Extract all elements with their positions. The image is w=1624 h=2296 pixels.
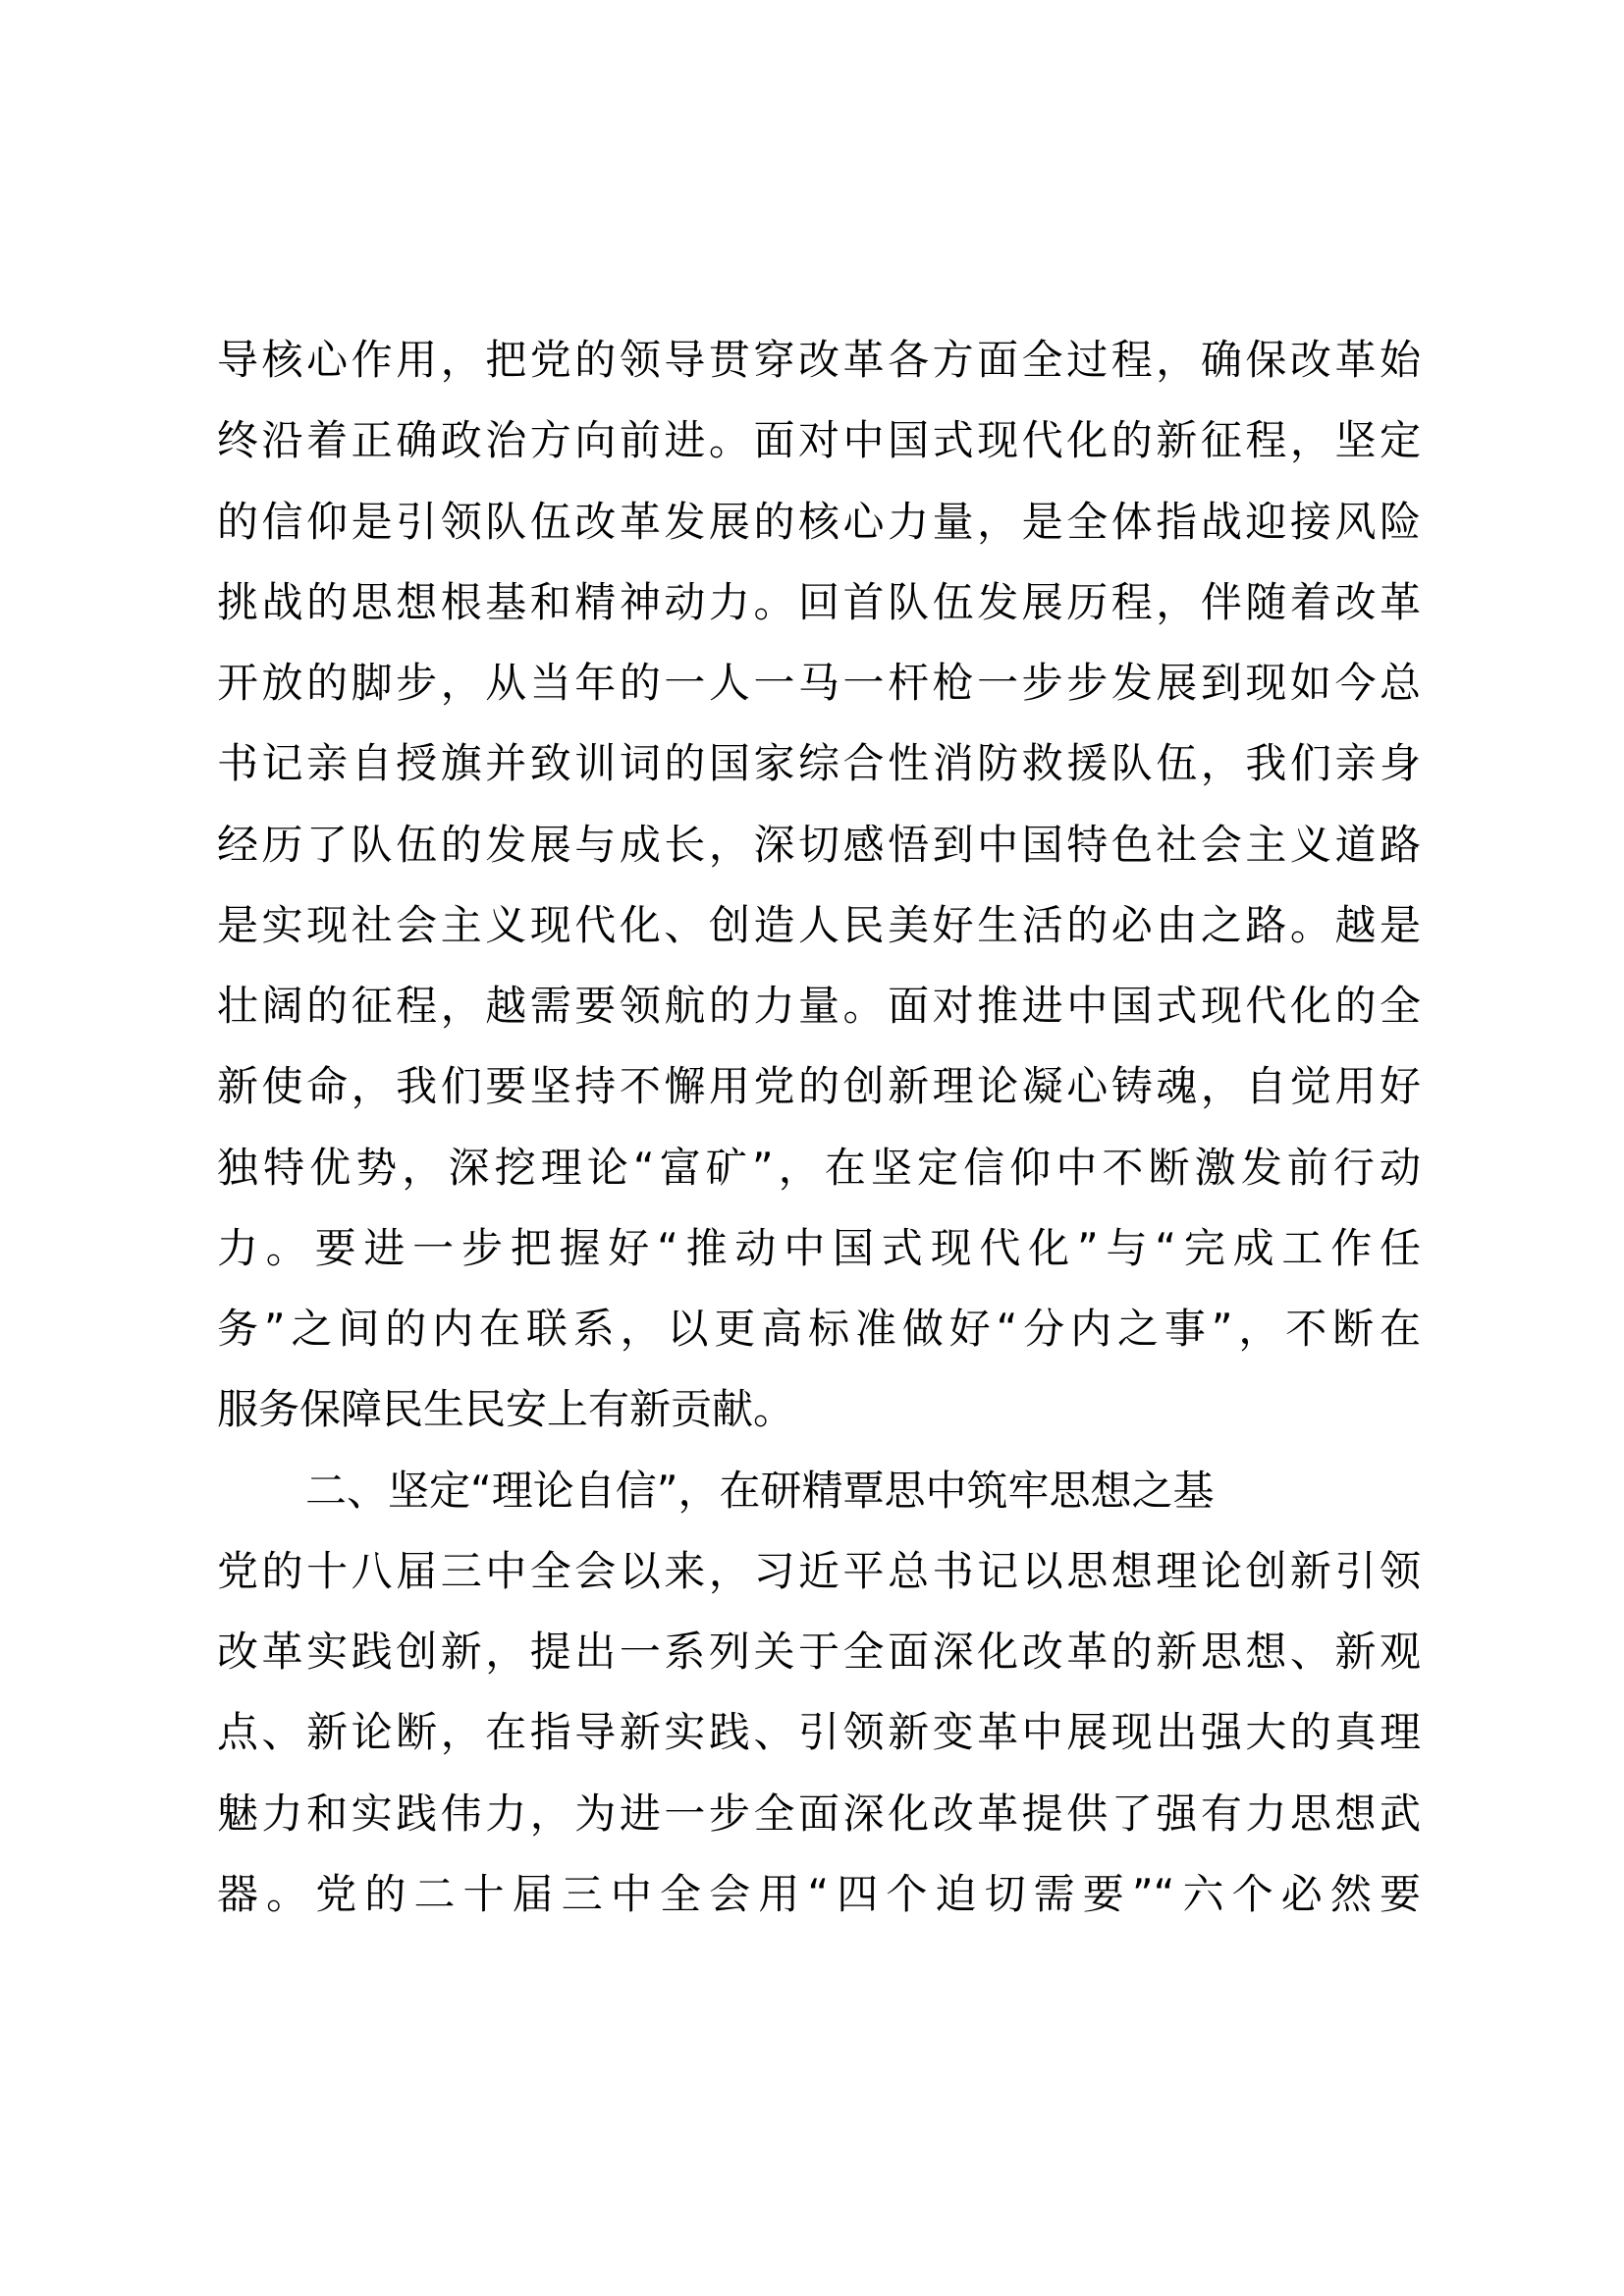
document-page: 导核心作用，把党的领导贯穿改革各方面全过程，确保改革始 终沿着正确政治方向前进。… bbox=[0, 0, 1624, 2296]
text-line: 新使命，我们要坚持不懈用党的创新理论凝心铸魂，自觉用好 bbox=[217, 1046, 1421, 1127]
text-line: 力。要进一步把握好“推动中国式现代化”与“完成工作任 bbox=[217, 1208, 1421, 1289]
text-line: 的信仰是引领队伍改革发展的核心力量，是全体指战迎接风险 bbox=[217, 482, 1421, 562]
text-line: 挑战的思想根基和精神动力。回首队伍发展历程，伴随着改革 bbox=[217, 562, 1421, 643]
text-line: 魅力和实践伟力，为进一步全面深化改革提供了强有力思想武 bbox=[217, 1774, 1421, 1854]
text-line: 器。党的二十届三中全会用“四个迫切需要”“六个必然要 bbox=[217, 1854, 1421, 1935]
paragraph-2: 党的十八届三中全会以来，习近平总书记以思想理论创新引领 改革实践创新，提出一系列… bbox=[217, 1531, 1421, 1935]
text-line: 务”之间的内在联系，以更高标准做好“分内之事”，不断在 bbox=[217, 1289, 1421, 1369]
document-body: 导核心作用，把党的领导贯穿改革各方面全过程，确保改革始 终沿着正确政治方向前进。… bbox=[217, 320, 1421, 1935]
text-line: 服务保障民生民安上有新贡献。 bbox=[217, 1369, 1421, 1450]
text-line: 是实现社会主义现代化、创造人民美好生活的必由之路。越是 bbox=[217, 885, 1421, 966]
text-line: 独特优势，深挖理论“富矿”，在坚定信仰中不断激发前行动 bbox=[217, 1128, 1421, 1208]
section-heading: 二、坚定“理论自信”，在研精覃思中筑牢思想之基 bbox=[217, 1451, 1421, 1531]
text-line: 终沿着正确政治方向前进。面对中国式现代化的新征程，坚定 bbox=[217, 400, 1421, 481]
paragraph-1: 导核心作用，把党的领导贯穿改革各方面全过程，确保改革始 终沿着正确政治方向前进。… bbox=[217, 320, 1421, 1451]
text-line: 点、新论断，在指导新实践、引领新变革中展现出强大的真理 bbox=[217, 1692, 1421, 1773]
text-line: 开放的脚步，从当年的一人一马一杆枪一步步发展到现如今总 bbox=[217, 643, 1421, 723]
text-line: 导核心作用，把党的领导贯穿改革各方面全过程，确保改革始 bbox=[217, 320, 1421, 400]
text-line: 书记亲自授旗并致训词的国家综合性消防救援队伍，我们亲身 bbox=[217, 723, 1421, 804]
text-line: 党的十八届三中全会以来，习近平总书记以思想理论创新引领 bbox=[217, 1531, 1421, 1612]
text-line: 经历了队伍的发展与成长，深切感悟到中国特色社会主义道路 bbox=[217, 805, 1421, 885]
text-line: 壮阔的征程，越需要领航的力量。面对推进中国式现代化的全 bbox=[217, 966, 1421, 1046]
text-line: 改革实践创新，提出一系列关于全面深化改革的新思想、新观 bbox=[217, 1612, 1421, 1692]
